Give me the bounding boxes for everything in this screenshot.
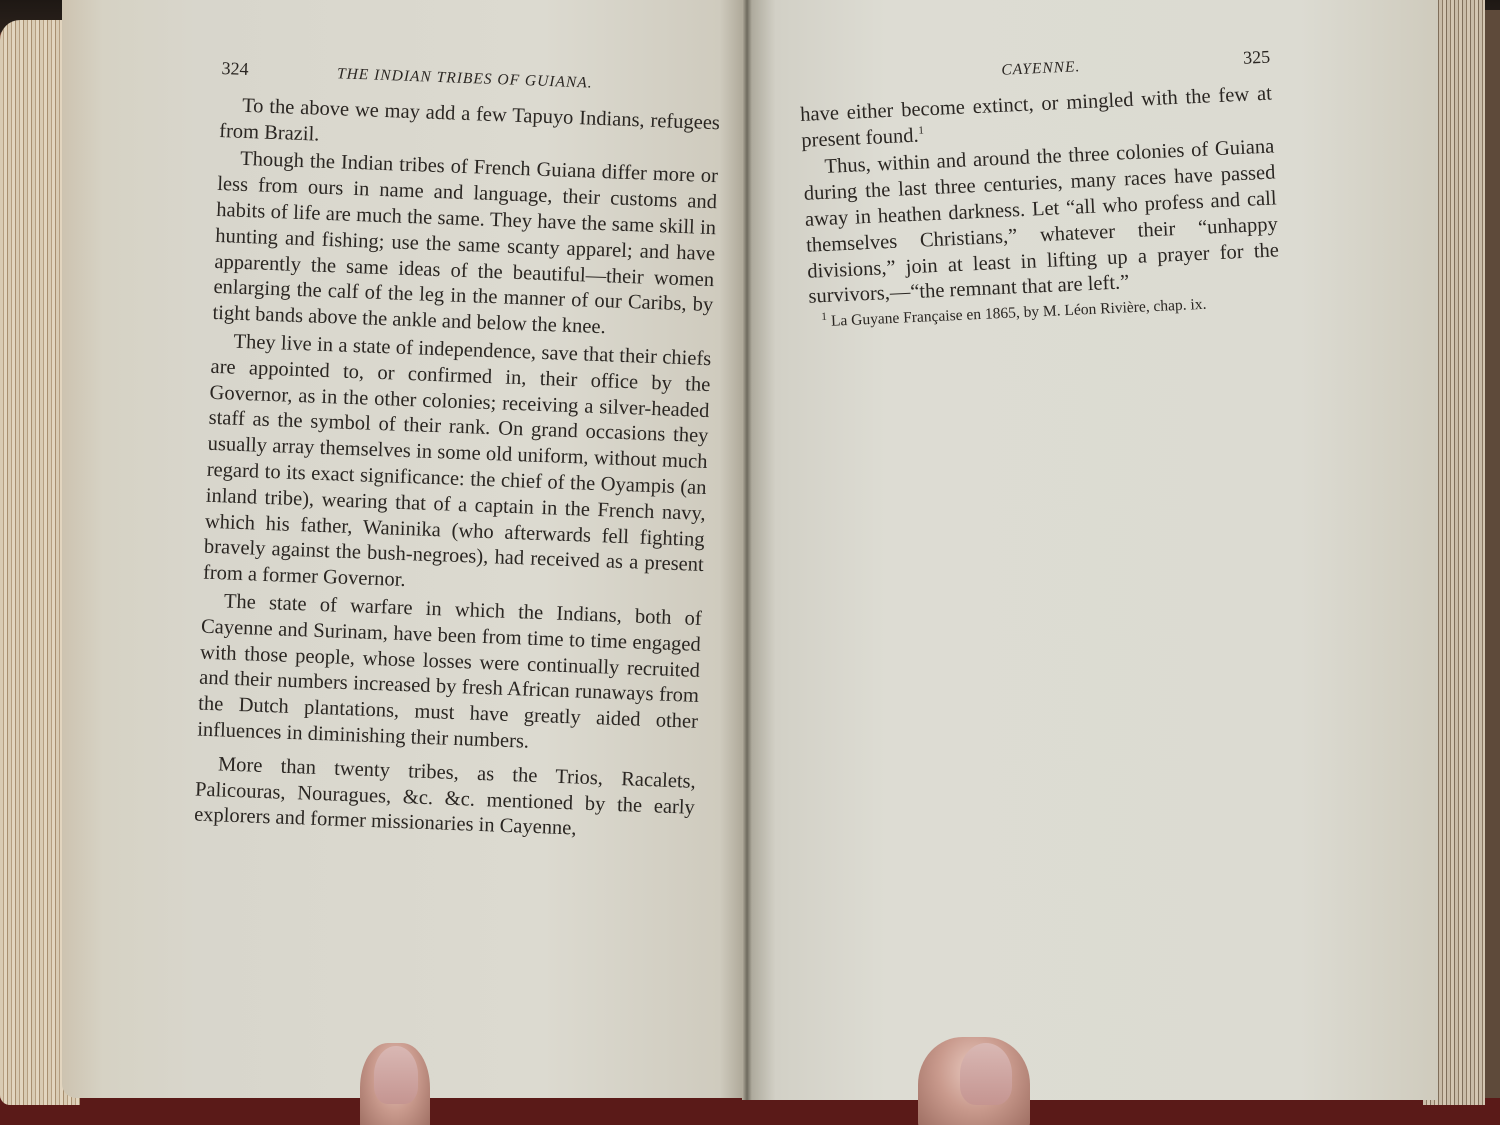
page-number-left: 324 xyxy=(221,56,249,83)
page-number-right: 325 xyxy=(1243,45,1271,72)
left-page-text: 324 THE INDIAN TRIBES OF GUIANA. To the … xyxy=(194,56,722,847)
left-thumbnail xyxy=(374,1046,418,1104)
right-page-text: CAYENNE. 325 have either become extinct,… xyxy=(798,45,1282,333)
running-title-right: CAYENNE. xyxy=(1001,54,1081,83)
right-thumbnail xyxy=(960,1043,1012,1105)
book-cover-bottom xyxy=(0,1098,1500,1125)
paragraph: Thus, within and around the three coloni… xyxy=(802,135,1281,311)
footnote-ref: 1 xyxy=(918,124,924,136)
book-photo: 324 THE INDIAN TRIBES OF GUIANA. To the … xyxy=(0,0,1500,1125)
paragraph: Though the Indian tribes of French Guian… xyxy=(212,146,718,345)
book-gutter xyxy=(742,0,752,1100)
paragraph: The state of warfare in which the Indian… xyxy=(197,589,702,762)
paragraph: They live in a state of independence, sa… xyxy=(203,329,712,605)
footnote-marker: 1 xyxy=(821,311,827,323)
